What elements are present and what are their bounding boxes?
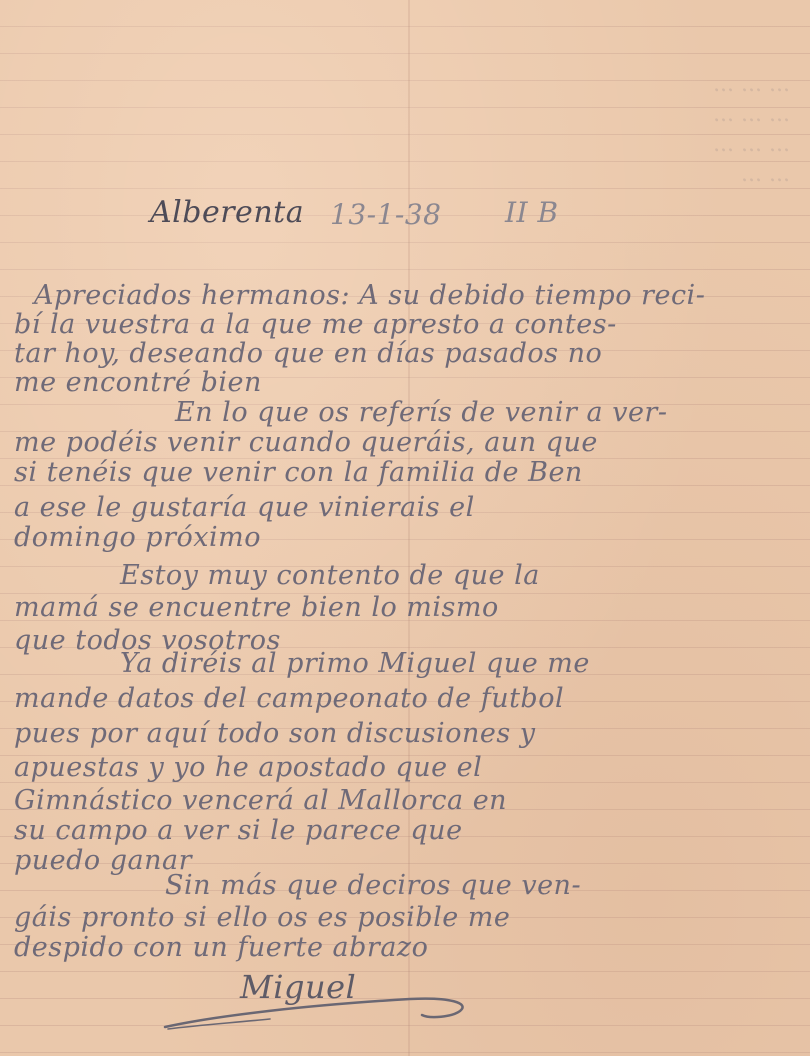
body-line: Sin más que deciros que ven- <box>165 870 581 901</box>
body-line: mamá se encuentre bien lo mismo <box>14 592 499 623</box>
body-line: Gimnástico vencerá al Mallorca en <box>14 785 507 816</box>
body-line: su campo a ver si le parece que <box>14 815 463 846</box>
body-line: mande datos del campeonato de futbol <box>14 683 564 714</box>
body-line: En lo que os referís de venir a ver- <box>175 397 667 428</box>
body-line: a ese le gustaría que vinierais el <box>14 492 475 523</box>
bleed-line: ... ... ... <box>560 130 790 160</box>
body-line: si tenéis que venir con la familia de Be… <box>14 457 583 488</box>
bleed-through-text: ... ... ... ... ... ... ... ... ... ... … <box>560 70 790 180</box>
letter-place: Alberenta <box>150 195 304 230</box>
body-line: despido con un fuerte abrazo <box>14 932 428 963</box>
body-line: me podéis venir cuando queráis, aun que <box>14 427 598 458</box>
body-line: Apreciados hermanos: A su debido tiempo … <box>34 280 705 311</box>
body-line: Estoy muy contento de que la <box>120 560 540 591</box>
signature-flourish-icon <box>160 985 480 1035</box>
body-line: tar hoy, deseando que en días pasados no <box>14 338 602 369</box>
bleed-line: ... ... <box>560 160 790 190</box>
letter-date: 13-1-38 <box>330 198 442 231</box>
letter-reference: II B <box>505 196 559 229</box>
body-line: apuestas y yo he apostado que el <box>14 752 482 783</box>
body-line: gáis pronto si ello os es posible me <box>14 902 510 933</box>
bleed-line: ... ... ... <box>560 70 790 100</box>
body-line: bí la vuestra a la que me apresto a cont… <box>14 309 617 340</box>
body-line: pues por aquí todo son discusiones y <box>14 718 536 749</box>
bleed-line: ... ... ... <box>560 100 790 130</box>
body-line: domingo próximo <box>14 522 261 553</box>
body-line: Ya diréis al primo Miguel que me <box>120 648 590 679</box>
body-line: me encontré bien <box>14 367 262 398</box>
